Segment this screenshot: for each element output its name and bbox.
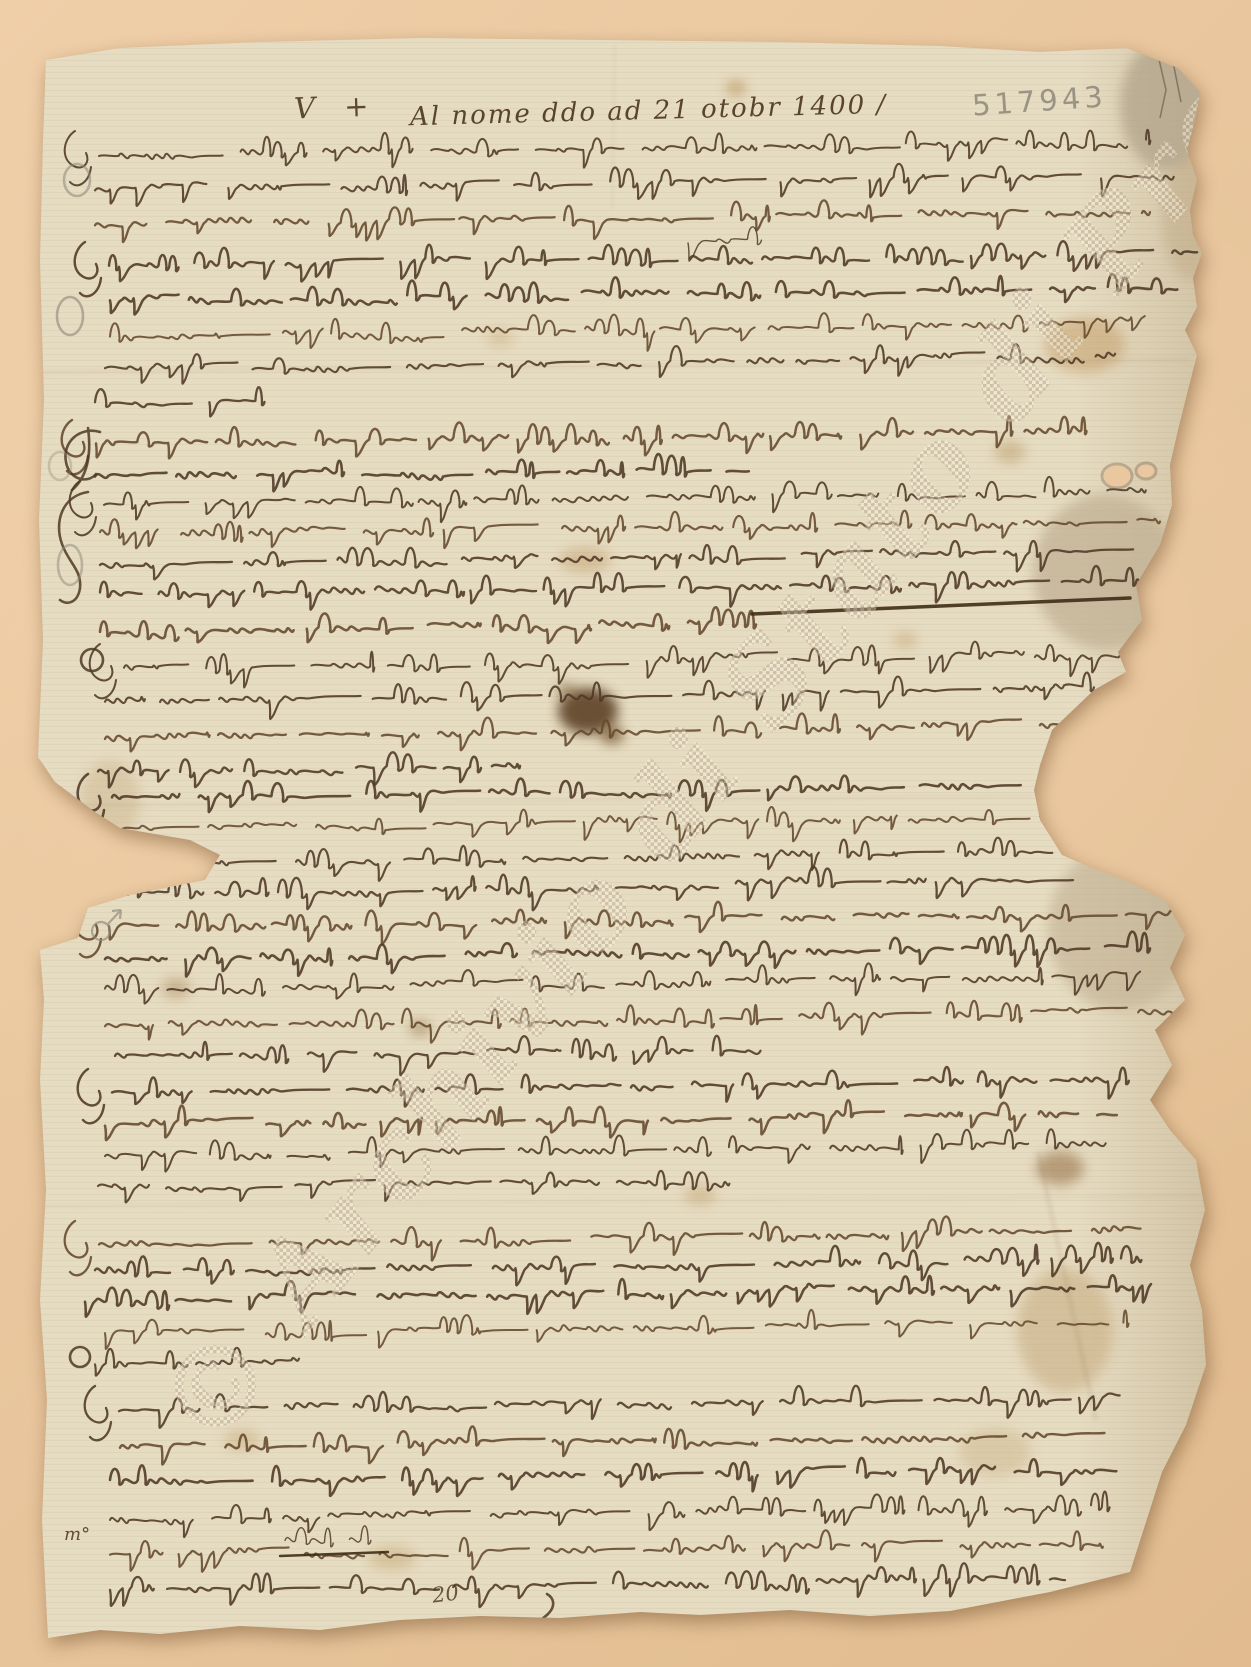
closing-mark: 20 xyxy=(431,1580,460,1607)
handwritten-line xyxy=(65,1216,1141,1275)
invocation-marks: V + xyxy=(293,89,379,126)
letter-paper: © Archivio di Stato di Prato V + Al nome… xyxy=(0,0,1251,1667)
paper-shadow: © Archivio di Stato di Prato V + Al nome… xyxy=(0,0,1251,1667)
handwriting-layer: © Archivio di Stato di Prato xyxy=(0,0,1251,1667)
handwritten-line xyxy=(105,1001,1180,1043)
worm-hole xyxy=(1138,465,1154,477)
interlinear-insert xyxy=(285,1526,371,1547)
handwritten-line xyxy=(95,164,1174,206)
handwritten-line xyxy=(95,454,749,491)
handwritten-line xyxy=(110,1530,1103,1571)
ink-flourish xyxy=(446,1594,553,1637)
worm-hole xyxy=(1104,466,1130,486)
pencil-marks xyxy=(49,164,121,940)
handwritten-line xyxy=(110,1563,1065,1607)
pencil-margin-circle xyxy=(58,545,82,585)
handwritten-line xyxy=(95,387,265,416)
interlinear-insert xyxy=(688,227,761,261)
handwritten-line xyxy=(120,1426,1104,1464)
handwritten-line xyxy=(105,1129,1106,1171)
handwritten-line xyxy=(100,607,756,643)
handwritten-line xyxy=(105,1100,1117,1140)
handwritten-line xyxy=(100,511,1160,549)
handwritten-line xyxy=(98,752,520,787)
marginal-note: m° xyxy=(64,1524,90,1545)
pencil-margin-circle xyxy=(57,297,83,335)
manuscript-scan: © Archivio di Stato di Prato V + Al nome… xyxy=(0,0,1251,1667)
handwritten-line xyxy=(110,1492,1110,1538)
handwritten-line xyxy=(95,200,1150,242)
ink-paragraph-circle xyxy=(70,1347,90,1367)
handwritten-line xyxy=(90,642,1139,699)
